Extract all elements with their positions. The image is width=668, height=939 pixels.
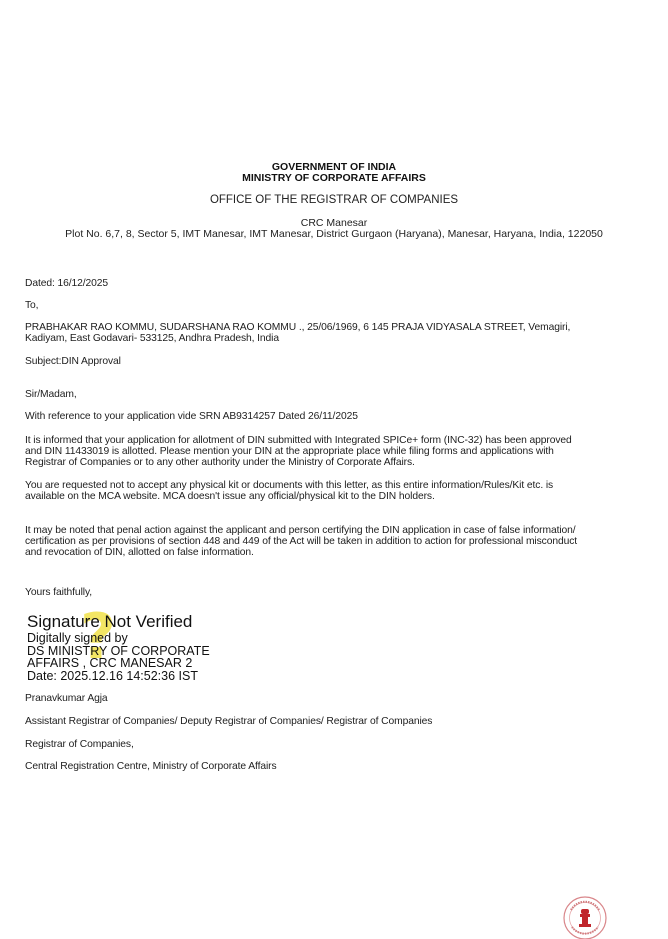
- letter-date: Dated: 16/12/2025: [25, 278, 645, 289]
- letter-subject: Subject:DIN Approval: [25, 356, 645, 367]
- paragraph-2-line-2: available on the MCA website. MCA doesn'…: [25, 491, 645, 502]
- header-ministry: MINISTRY OF CORPORATE AFFAIRS: [0, 173, 668, 184]
- letter-closing: Yours faithfully,: [25, 587, 645, 598]
- digital-signature[interactable]: Signature Not Verified Digitally signed …: [27, 612, 287, 682]
- paragraph-1-line-1: It is informed that your application for…: [25, 435, 645, 446]
- signatory-office: Registrar of Companies,: [25, 739, 645, 750]
- paragraph-3-line-2: certification as per provisions of secti…: [25, 536, 645, 547]
- addressee-line-2: Kadiyam, East Godavari- 533125, Andhra P…: [25, 333, 645, 344]
- national-emblem-seal-icon: [562, 895, 608, 939]
- letter-to: To,: [25, 300, 645, 311]
- paragraph-1-line-2: and DIN 11433019 is allotted. Please men…: [25, 446, 645, 457]
- letter-reference: With reference to your application vide …: [25, 411, 645, 422]
- signatory-designation: Assistant Registrar of Companies/ Deputy…: [25, 716, 645, 727]
- paragraph-1-line-3: Registrar of Companies or to any other a…: [25, 457, 645, 468]
- header-office: OFFICE OF THE REGISTRAR OF COMPANIES: [0, 194, 668, 206]
- paragraph-2-line-1: You are requested not to accept any phys…: [25, 480, 645, 491]
- signature-date: Date: 2025.12.16 14:52:36 IST: [27, 670, 287, 683]
- header-address: Plot No. 6,7, 8, Sector 5, IMT Manesar, …: [0, 229, 668, 240]
- signatory-name: Pranavkumar Agja: [25, 693, 645, 704]
- signature-signed-by: Digitally signed by: [27, 632, 287, 645]
- signature-signer-line-2: AFFAIRS , CRC MANESAR 2: [27, 657, 287, 670]
- paragraph-3-line-1: It may be noted that penal action agains…: [25, 525, 645, 536]
- paragraph-3-line-3: and revocation of DIN, allotted on false…: [25, 547, 645, 558]
- signature-status: Signature Not Verified: [27, 612, 287, 632]
- signatory-centre: Central Registration Centre, Ministry of…: [25, 761, 645, 772]
- letter-salutation: Sir/Madam,: [25, 389, 645, 400]
- addressee-line-1: PRABHAKAR RAO KOMMU, SUDARSHANA RAO KOMM…: [25, 322, 645, 333]
